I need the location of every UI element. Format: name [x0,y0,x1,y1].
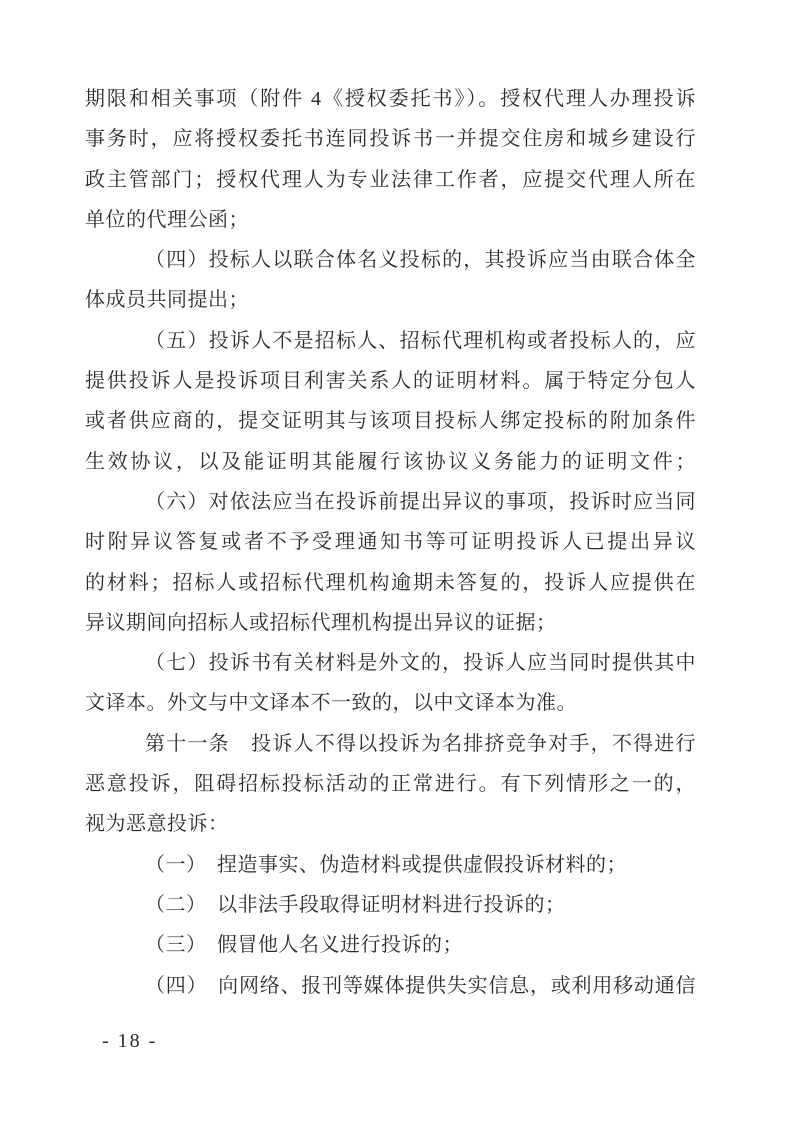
body-text-line: 或者供应商的，提交证明其与该项目投标人绑定投标的附加条件 [85,401,696,441]
body-text-line: 事务时，应将授权委托书连同投诉书一并提交住房和城乡建设行 [85,119,696,159]
body-text-line: 时附异议答复或者不予受理通知书等可证明投诉人已提出异议 [85,522,696,562]
body-text: 期限和相关事项（附件 4《授权委托书》）。授权代理人办理投诉事务时，应将授权委托… [85,79,696,1006]
body-text-line: 生效协议，以及能证明其能履行该协议义务能力的证明文件； [85,442,696,482]
body-text-line: 文译本。外文与中文译本不一致的，以中文译本为准。 [85,683,696,723]
body-text-line: 的材料；招标人或招标代理机构逾期未答复的，投诉人应提供在 [85,563,696,603]
body-text-line: 第十一条 投诉人不得以投诉为名排挤竞争对手，不得进行 [85,724,696,764]
body-text-line: 期限和相关事项（附件 4《授权委托书》）。授权代理人办理投诉 [85,79,696,119]
body-text-line: （一） 捏造事实、伪造材料或提供虚假投诉材料的； [85,845,696,885]
page-number: - 18 - [102,1029,157,1053]
body-text-line: （七）投诉书有关材料是外文的，投诉人应当同时提供其中 [85,643,696,683]
body-text-line: （五）投诉人不是招标人、招标代理机构或者投标人的，应 [85,321,696,361]
body-text-line: 恶意投诉，阻碍招标投标活动的正常进行。有下列情形之一的， [85,764,696,804]
body-text-line: （二） 以非法手段取得证明材料进行投诉的； [85,885,696,925]
body-text-line: （三） 假冒他人名义进行投诉的； [85,925,696,965]
body-text-line: 体成员共同提出； [85,280,696,320]
body-text-line: 异议期间向招标人或招标代理机构提出异议的证据； [85,603,696,643]
body-text-line: （四） 向网络、报刊等媒体提供失实信息，或利用移动通信 [85,966,696,1006]
body-text-line: 提供投诉人是投诉项目利害关系人的证明材料。属于特定分包人 [85,361,696,401]
body-text-line: （六）对依法应当在投诉前提出异议的事项，投诉时应当同 [85,482,696,522]
body-text-line: 视为恶意投诉： [85,804,696,844]
body-text-line: （四）投标人以联合体名义投标的，其投诉应当由联合体全 [85,240,696,280]
document-page: 期限和相关事项（附件 4《授权委托书》）。授权代理人办理投诉事务时，应将授权委托… [0,0,794,1123]
body-text-line: 单位的代理公函； [85,200,696,240]
body-text-line: 政主管部门；授权代理人为专业法律工作者，应提交代理人所在 [85,160,696,200]
